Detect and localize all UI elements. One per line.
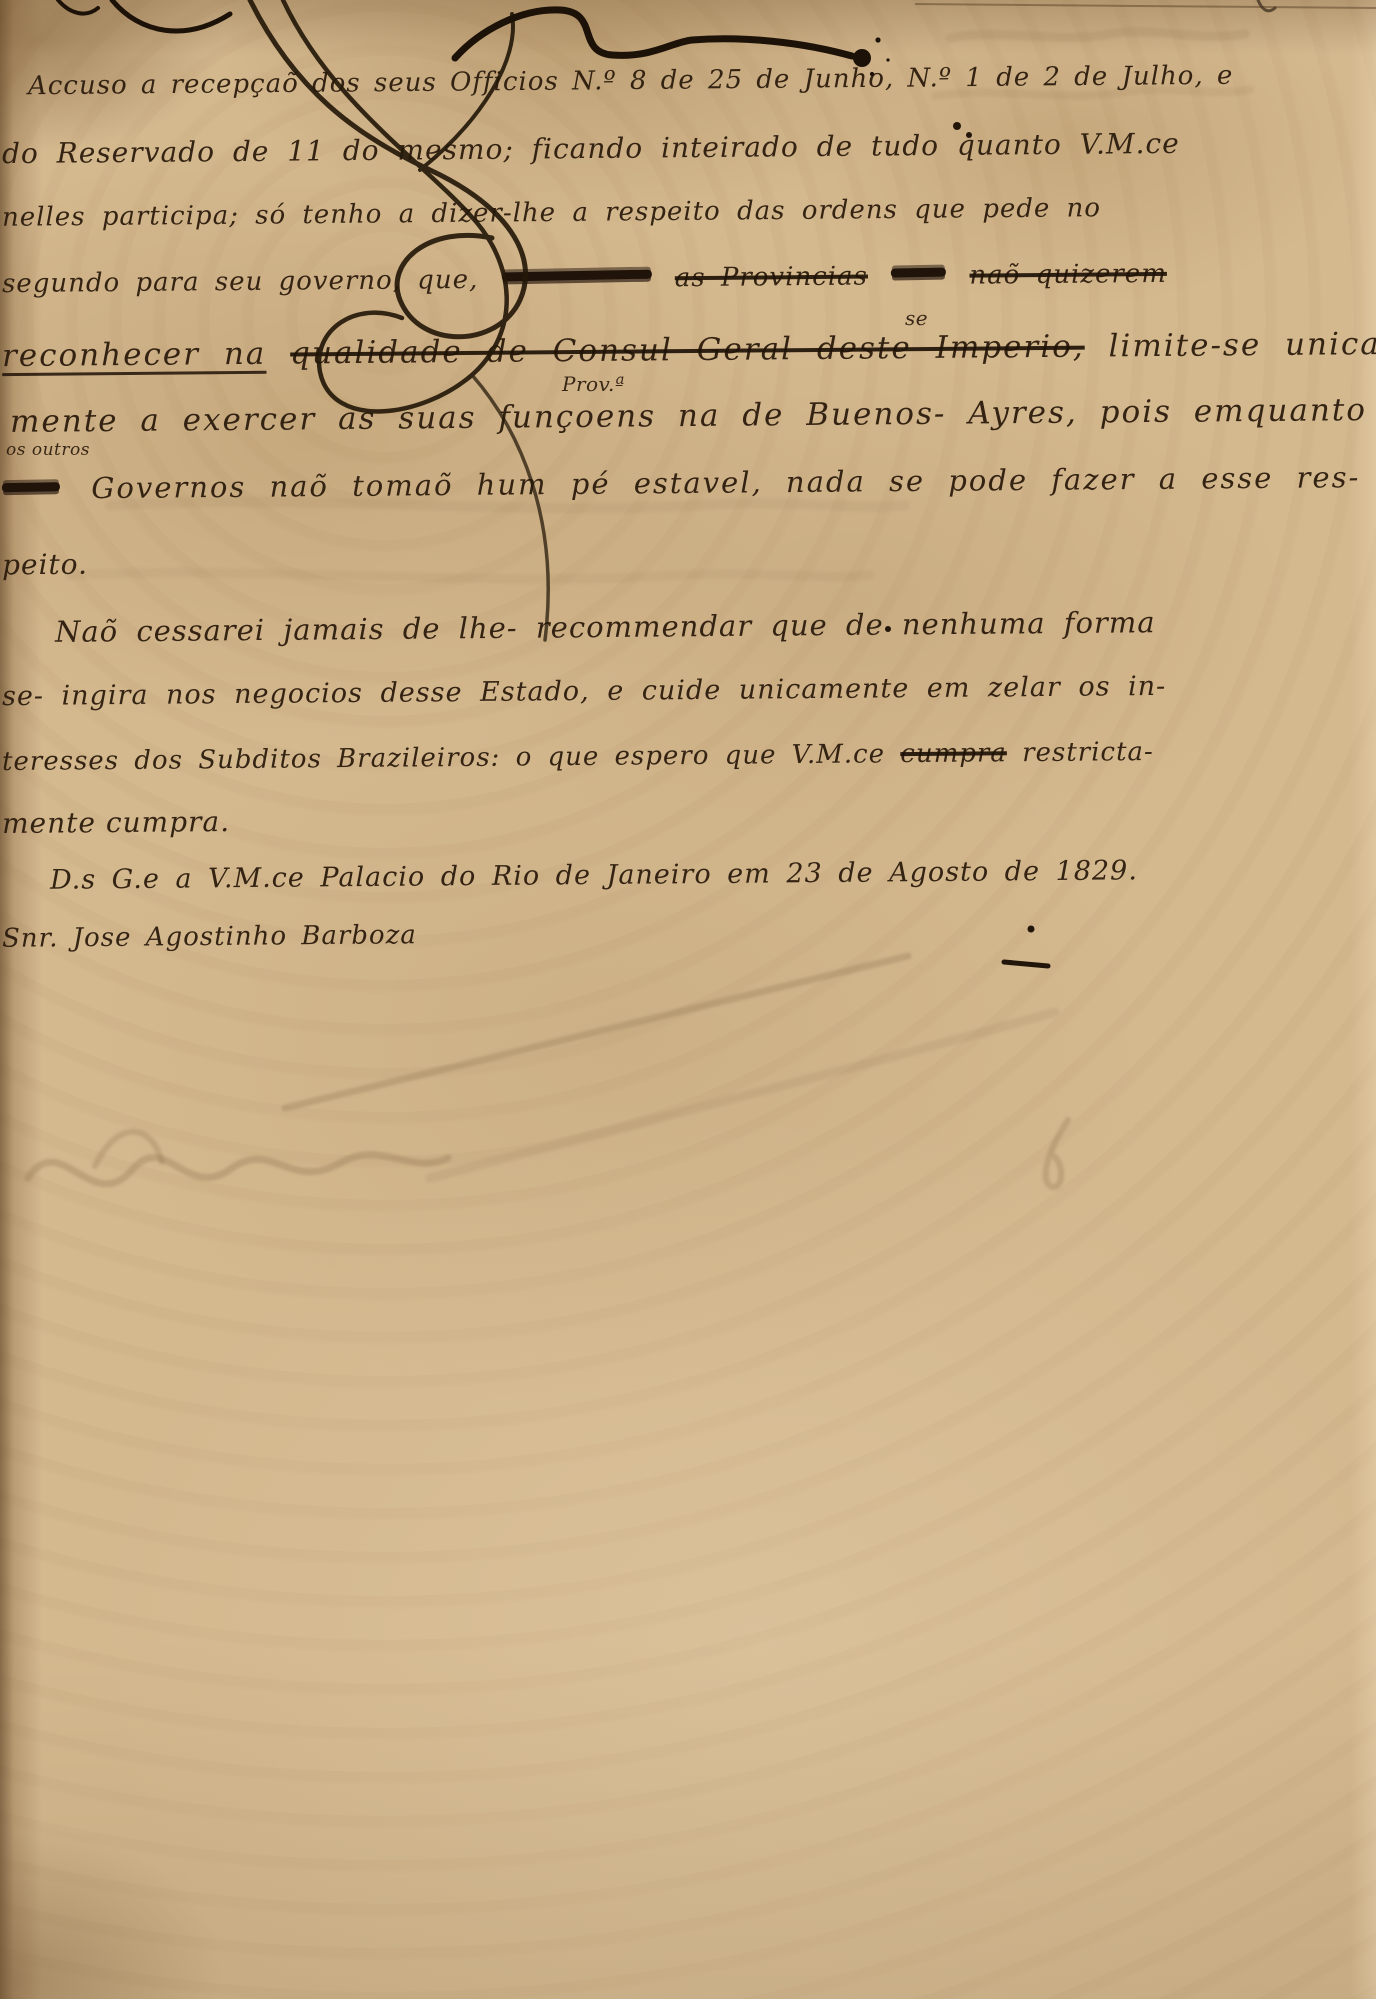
interline-insertion-prov: Prov.ª [562, 372, 625, 396]
ink-blot-splatter [886, 58, 889, 61]
ghost-diagonal-stroke-2 [430, 1012, 1055, 1178]
line-5-text: limite-se unica- [1108, 326, 1376, 364]
line-3-text: nelles participa; só tenho a dizer-lhe a… [2, 193, 1101, 233]
top-pen-stroke [455, 10, 852, 58]
obliterated-scribble [501, 270, 651, 282]
line-4-struck-text-2: naõ quizerem [969, 259, 1167, 291]
dateline-text: D.s G.e a V.M.ce Palacio do Rio de Janei… [50, 855, 1138, 895]
line-10-text: se- ingira nos negocios desse Estado, e … [2, 671, 1166, 712]
letter-line-3: nelles participa; só tenho a dizer-lhe a… [2, 193, 1101, 233]
line-1-text: Accuso a recepçaõ dos seus Officios N.º … [28, 61, 1234, 102]
letter-line-9: Naõ cessarei jamais de lhe- recommendar … [55, 605, 1156, 649]
margin-dash-mark [1004, 962, 1048, 966]
line-5-underlined-text: reconhecer na [2, 336, 267, 374]
addressee-line: Snr. Jose Agostinho Barboza [2, 920, 417, 954]
ghost-signature [28, 1155, 448, 1184]
letter-line-12: mente cumpra. [2, 805, 230, 840]
line-11-text: teresses dos Subditos Brazileiros: o que… [2, 739, 885, 777]
ink-blot-splatter [875, 37, 880, 42]
cropped-stroke-2 [58, 0, 98, 14]
letter-line-10: se- ingira nos negocios desse Estado, e … [2, 671, 1166, 712]
line-12-text: mente cumpra. [2, 805, 230, 840]
ink-flourish-layer [0, 0, 1376, 1999]
letter-line-6: mente a exercer as suas funçoens na de B… [10, 392, 1367, 440]
line-11-text-2: restricta- [1022, 737, 1154, 768]
addressee-text: Snr. Jose Agostinho Barboza [2, 920, 417, 954]
small-ink-marks [885, 122, 1035, 933]
line-8-text: peito. [2, 548, 88, 582]
line-4-struck-text: as Provincias [675, 262, 868, 294]
line-6-text: mente a exercer as suas funçoens na [10, 398, 721, 440]
letter-line-1: Accuso a recepçaõ dos seus Officios N.º … [28, 61, 1234, 102]
line-5-struck-text: qualidade de Consul Geral deste Imperio, [290, 329, 1085, 372]
top-edge-fragments [58, 0, 1275, 31]
ghost-writing-top-right [950, 32, 1245, 38]
manuscript-page: Accuso a recepçaõ dos seus Officios N.º … [0, 0, 1376, 1999]
obliterated-scribble [891, 268, 946, 278]
cropped-stroke-3 [1258, 0, 1275, 11]
bleedthrough-ghost-layer [0, 0, 1376, 1999]
ghost-f-stroke [1046, 1120, 1068, 1187]
ink-dot [1028, 926, 1035, 933]
letter-line-4: segundo para seu governo, que, as Provin… [2, 259, 1167, 299]
letter-line-8: peito. [2, 548, 88, 582]
line-7-text: Governos naõ tomaõ hum pé estavel, nada … [91, 460, 1360, 505]
ghost-writing-mid-2 [70, 573, 870, 579]
interline-insertion-os-outros: os outros [6, 440, 90, 460]
top-check-stroke [455, 10, 852, 58]
line-11-struck-text: cumpra [900, 738, 1007, 769]
line-4-text: segundo para seu governo, que, [2, 265, 479, 299]
interline-insertion-se: se [905, 306, 928, 330]
ghost-signature-loop [95, 1132, 162, 1166]
ghost-diagonal-stroke [285, 956, 908, 1108]
letter-line-11: teresses dos Subditos Brazileiros: o que… [2, 737, 1154, 777]
letter-line-7: Governos naõ tomaõ hum pé estavel, nada … [2, 460, 1361, 506]
letter-line-5: reconhecer na qualidade de Consul Geral … [2, 326, 1376, 374]
obliterated-scribble [2, 482, 60, 492]
line-9-text: Naõ cessarei jamais de lhe- recommendar … [55, 605, 1156, 649]
dateline: D.s G.e a V.M.ce Palacio do Rio de Janei… [50, 855, 1138, 895]
line-6-text-2: de Buenos- Ayres, pois emquanto [742, 392, 1367, 433]
cropped-stroke-1 [112, 0, 230, 31]
page-top-edge-line [915, 4, 1376, 8]
line-2-text: do Reservado de 11 do mesmo; ficando int… [2, 127, 1180, 170]
letter-line-2: do Reservado de 11 do mesmo; ficando int… [2, 127, 1180, 170]
